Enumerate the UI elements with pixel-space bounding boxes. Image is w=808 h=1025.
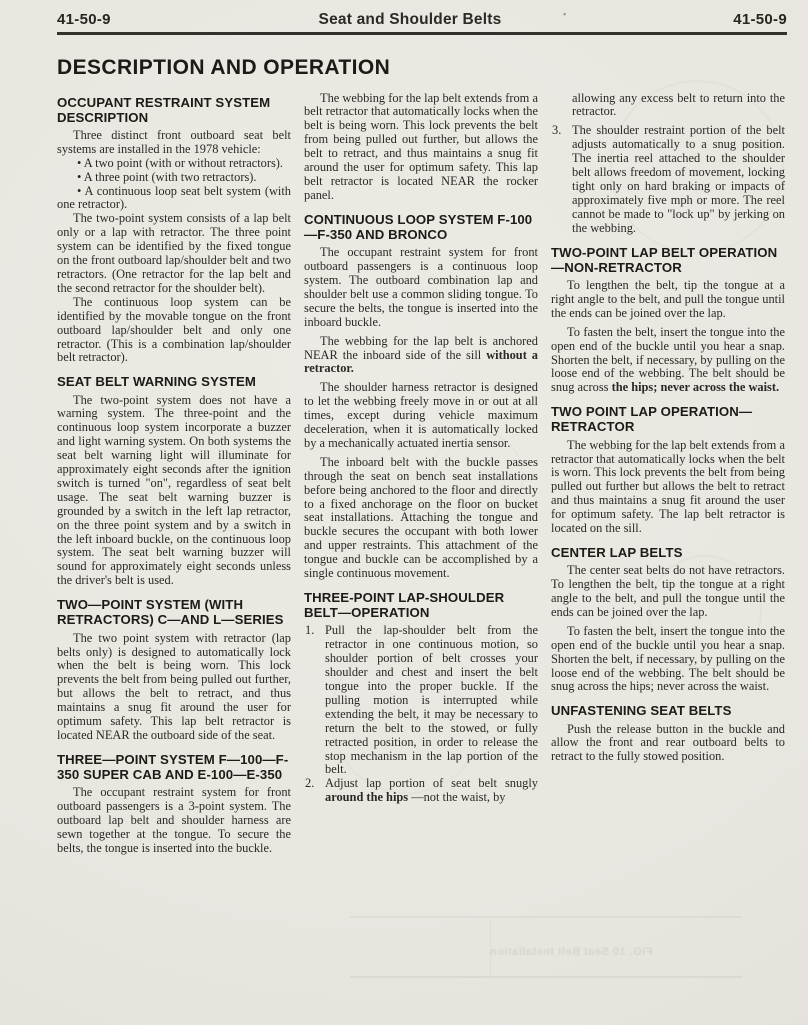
header-title: Seat and Shoulder Belts (57, 11, 763, 29)
paragraph: Three distinct front outboard seat belt … (57, 129, 291, 157)
numbered-item: 3.The shoulder restraint portion of the … (551, 124, 785, 235)
section-heading: UNFASTENING SEAT BELTS (551, 703, 785, 718)
paragraph: The center seat belts do not have retrac… (551, 564, 785, 620)
bullet-item: • A continuous loop seat belt system (wi… (57, 185, 291, 213)
paragraph: The occupant restraint system for front … (304, 246, 538, 329)
numbered-item: 1.Pull the lap-shoulder belt from the re… (304, 624, 538, 777)
paragraph: The occupant restraint system for front … (57, 786, 291, 856)
page-title: DESCRIPTION AND OPERATION (57, 56, 787, 80)
column-1: OCCUPANT RESTRAINT SYSTEM DESCRIPTIONThr… (57, 92, 291, 856)
item-text: Pull the lap-shoulder belt from the retr… (325, 624, 538, 777)
manual-page: FIG. 10 Seat Belt Installation 41-50-9 S… (0, 0, 808, 1025)
section-heading: CENTER LAP BELTS (551, 545, 785, 560)
paragraph: The shoulder harness retractor is design… (304, 381, 538, 451)
page-content: 41-50-9 Seat and Shoulder Belts • 41-50-… (57, 0, 787, 856)
paragraph: The continuous loop system can be identi… (57, 296, 291, 366)
section-heading: SEAT BELT WARNING SYSTEM (57, 374, 291, 389)
column-2: The webbing for the lap belt extends fro… (304, 92, 538, 856)
section-heading: TWO—POINT SYSTEM (WITH RETRACTORS) C—AND… (57, 597, 291, 627)
item-text: Adjust lap portion of seat belt snugly a… (325, 777, 538, 805)
paragraph: Push the release button in the buckle an… (551, 723, 785, 765)
numbered-item: 2.Adjust lap portion of seat belt snugly… (304, 777, 538, 805)
paragraph: The webbing for the lap belt is anchored… (304, 335, 538, 377)
item-number: 1. (305, 624, 314, 638)
header-dot-mark: • (563, 9, 566, 19)
section-heading: THREE—POINT SYSTEM F—100—F-350 SUPER CAB… (57, 752, 291, 782)
item-text: The shoulder restraint portion of the be… (572, 124, 785, 235)
bullet-item: • A three point (with two retractors). (57, 171, 291, 185)
bleed-figure-caption: FIG. 10 Seat Belt Installation (410, 946, 732, 958)
paragraph: allowing any excess belt to return into … (551, 92, 785, 120)
bleed-figure-box: FIG. 10 Seat Belt Installation (350, 916, 742, 978)
bullet-item: • A two point (with or without retractor… (57, 157, 291, 171)
item-number: 2. (305, 777, 314, 791)
paragraph: The webbing for the lap belt extends fro… (304, 92, 538, 203)
section-heading: THREE-POINT LAP-SHOULDER BELT—OPERATION (304, 590, 538, 620)
section-heading: CONTINUOUS LOOP SYSTEM F-100—F-350 AND B… (304, 212, 538, 242)
page-header: 41-50-9 Seat and Shoulder Belts • 41-50-… (57, 0, 787, 28)
section-heading: OCCUPANT RESTRAINT SYSTEM DESCRIPTION (57, 95, 291, 125)
section-heading: TWO-POINT LAP BELT OPERATION—NON-RETRACT… (551, 245, 785, 275)
paragraph: To fasten the belt, insert the tongue in… (551, 326, 785, 396)
header-rule (57, 32, 787, 35)
section-heading: TWO POINT LAP OPERATION—RETRACTOR (551, 404, 785, 434)
item-number: 3. (552, 124, 561, 138)
column-3: allowing any excess belt to return into … (551, 92, 785, 856)
paragraph: The two-point system does not have a war… (57, 394, 291, 589)
paragraph: To fasten the belt, insert the tongue in… (551, 625, 785, 695)
paragraph: To lengthen the belt, tip the tongue at … (551, 279, 785, 321)
paragraph: The two-point system consists of a lap b… (57, 212, 291, 295)
paragraph: The webbing for the lap belt extends fro… (551, 439, 785, 536)
text-columns: OCCUPANT RESTRAINT SYSTEM DESCRIPTIONThr… (57, 92, 787, 856)
paragraph: The two point system with retractor (lap… (57, 632, 291, 743)
paragraph: The inboard belt with the buckle passes … (304, 456, 538, 581)
